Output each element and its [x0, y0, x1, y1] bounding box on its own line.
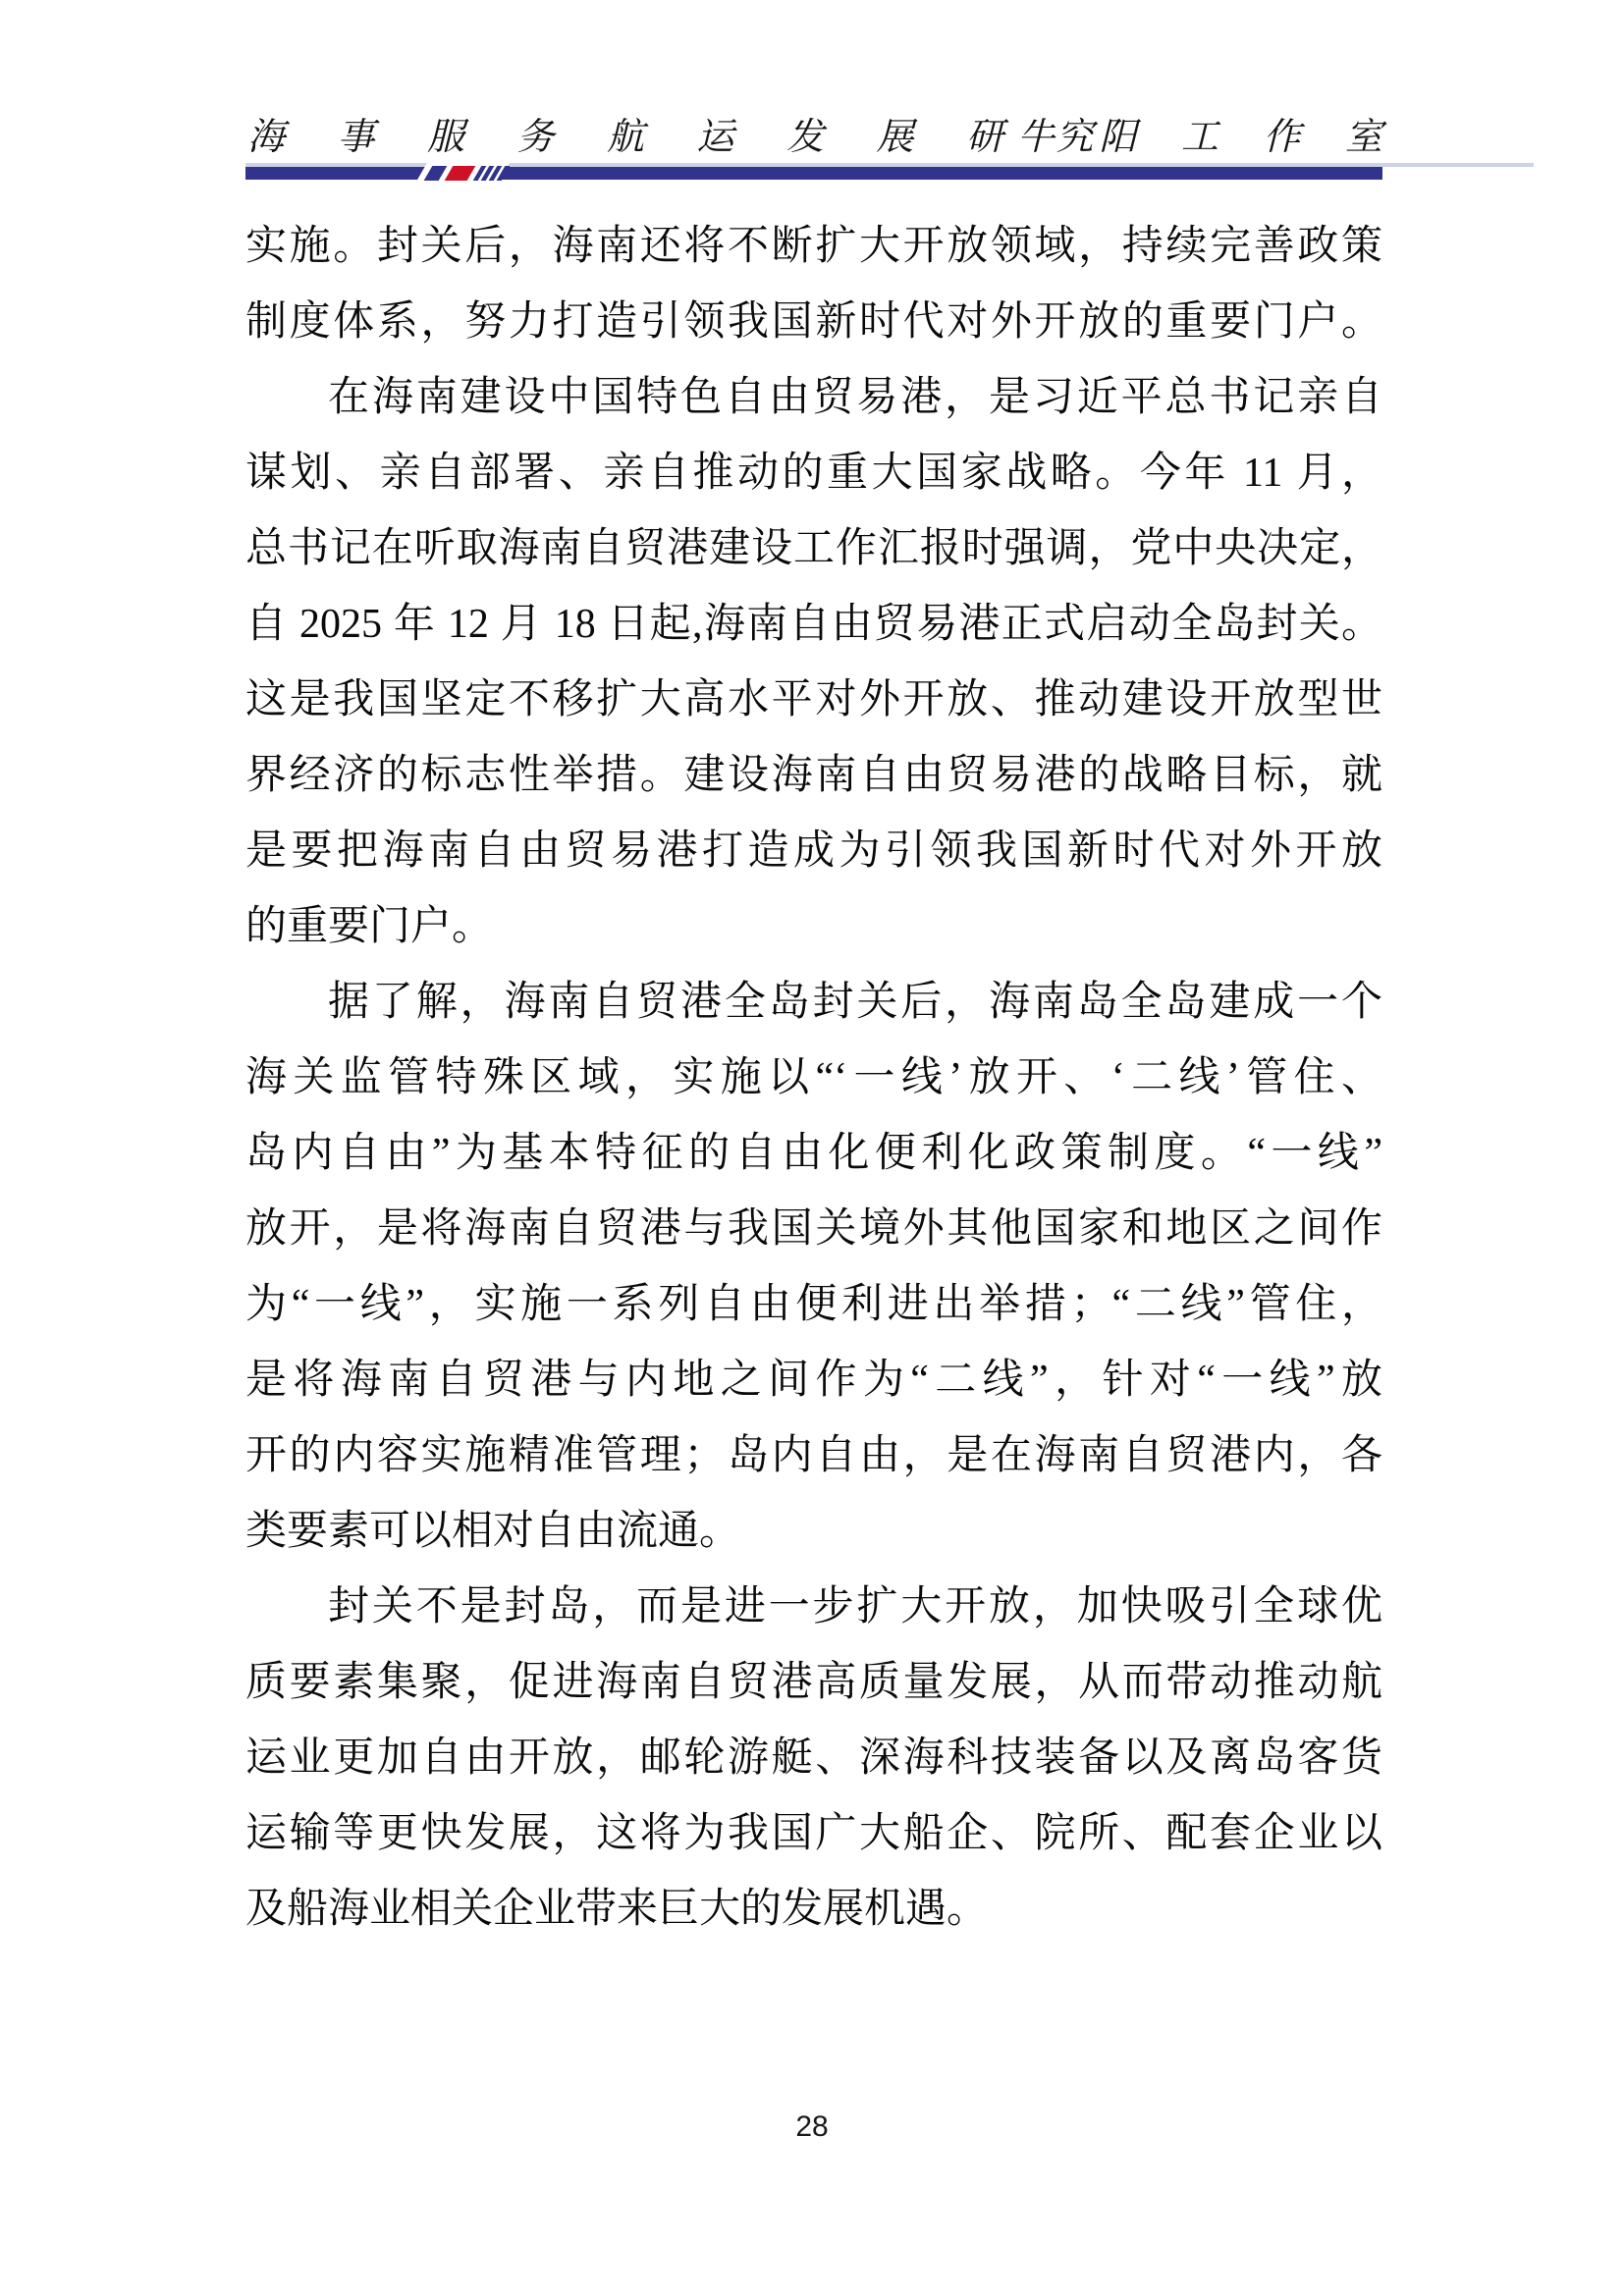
text-line: 岛内自由”为基本特征的自由化便利化政策制度。“一线” — [245, 1116, 1382, 1192]
page-number: 28 — [0, 2110, 1624, 2144]
text-line: 在海南建设中国特色自由贸易港，是习近平总书记亲自 — [245, 360, 1382, 436]
document-page: 海 事 服 务 航 运 发 展 研 究 牛 阳 工 作 室 实施。封关后，海南还… — [0, 0, 1624, 2296]
text-line: 为“一线”，实施一系列自由便利进出举措；“二线”管住， — [245, 1267, 1382, 1343]
text-line: 界经济的标志性举措。建设海南自由贸易港的战略目标，就 — [245, 738, 1382, 814]
text-line: 实施。封关后，海南还将不断扩大开放领域，持续完善政策 — [245, 209, 1382, 285]
header-rule — [245, 167, 1382, 180]
text-line: 封关不是封岛，而是进一步扩大开放，加快吸引全球优 — [245, 1570, 1382, 1645]
text-line: 开的内容实施精准管理；岛内自由，是在海南自贸港内，各 — [245, 1418, 1382, 1494]
text-line: 自 2025 年 12 月 18 日起,海南自由贸易港正式启动全岛封关。 — [245, 587, 1382, 663]
text-line: 运输等更快发展，这将为我国广大船企、院所、配套企业以 — [245, 1796, 1382, 1872]
text-line: 质要素集聚，促进海南自贸港高质量发展，从而带动推动航 — [245, 1645, 1382, 1721]
text-line: 谋划、亲自部署、亲自推动的重大国家战略。今年 11 月， — [245, 436, 1382, 511]
header-left-title: 海 事 服 务 航 运 发 展 研 究 — [247, 106, 1115, 160]
text-line: 这是我国坚定不移扩大高水平对外开放、推动建设开放型世 — [245, 663, 1382, 738]
header-right-title: 牛 阳 工 作 室 — [1017, 106, 1400, 160]
text-line: 制度体系，努力打造引领我国新时代对外开放的重要门户。 — [245, 285, 1382, 360]
text-line: 总书记在听取海南自贸港建设工作汇报时强调，党中央决定， — [245, 511, 1382, 587]
text-line: 的重要门户。 — [245, 889, 1382, 965]
text-line: 是将海南自贸港与内地之间作为“二线”，针对“一线”放 — [245, 1343, 1382, 1418]
text-line: 运业更加自由开放，邮轮游艇、深海科技装备以及离岛客货 — [245, 1721, 1382, 1796]
text-line: 是要把海南自由贸易港打造成为引领我国新时代对外开放 — [245, 814, 1382, 889]
text-line: 放开，是将海南自贸港与我国关境外其他国家和地区之间作 — [245, 1192, 1382, 1267]
body-text: 实施。封关后，海南还将不断扩大开放领域，持续完善政策制度体系，努力打造引领我国新… — [245, 209, 1382, 1948]
text-line: 据了解，海南自贸港全岛封关后，海南岛全岛建成一个 — [245, 965, 1382, 1041]
text-line: 海关监管特殊区域，实施以“‘一线’放开、‘二线’管住、 — [245, 1041, 1382, 1116]
text-line: 及船海业相关企业带来巨大的发展机遇。 — [245, 1872, 1382, 1948]
text-line: 类要素可以相对自由流通。 — [245, 1494, 1382, 1570]
